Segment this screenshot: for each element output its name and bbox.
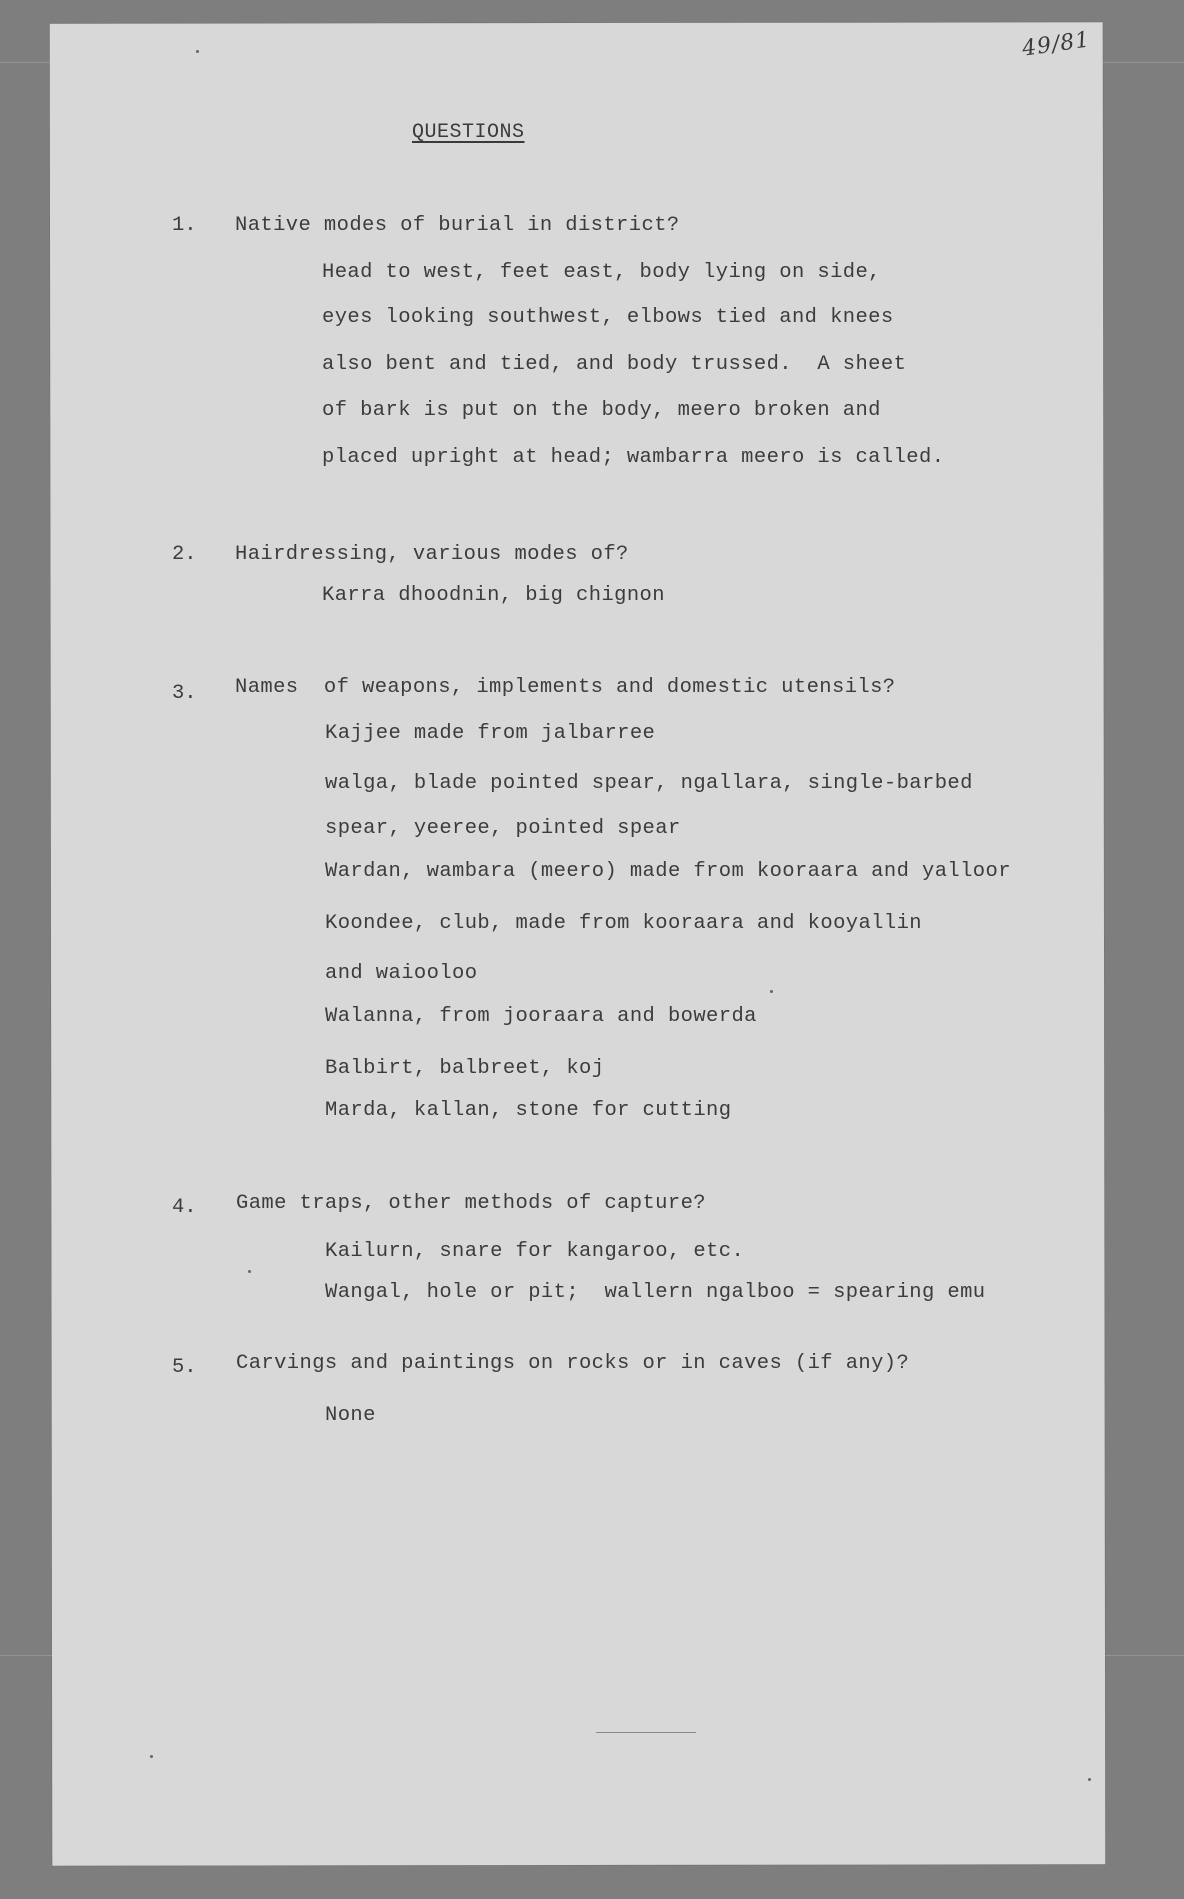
paper-speck [1088,1778,1091,1781]
question-text: Hairdressing, various modes of? [235,543,629,566]
question-number: 1. [172,214,197,237]
question-text: Names of weapons, implements and domesti… [235,676,896,699]
answer-line: Kajjee made from jalbarree [325,722,655,745]
document-page [50,22,1106,1865]
question-text: Native modes of burial in district? [235,214,680,237]
answer-line: placed upright at head; wambarra meero i… [322,446,944,469]
question-number: 5. [172,1356,197,1379]
answer-line: Walanna, from jooraara and bowerda [325,1005,757,1028]
question-number: 2. [172,543,197,566]
paper-speck [248,1270,251,1273]
answer-line: Koondee, club, made from kooraara and ko… [325,912,922,935]
question-text: Game traps, other methods of capture? [236,1192,706,1215]
answer-line: Kailurn, snare for kangaroo, etc. [325,1240,744,1263]
paper-speck [770,990,773,993]
pen-mark [596,1732,696,1733]
answer-line: None [325,1404,376,1427]
paper-speck [196,50,199,53]
answer-line: spear, yeeree, pointed spear [325,817,681,840]
answer-line: eyes looking southwest, elbows tied and … [322,306,894,329]
answer-line: Balbirt, balbreet, koj [325,1057,604,1080]
answer-line: and waiooloo [325,962,477,985]
question-number: 4. [172,1196,197,1219]
answer-line: Marda, kallan, stone for cutting [325,1099,731,1122]
answer-line: also bent and tied, and body trussed. A … [322,353,906,376]
answer-line: walga, blade pointed spear, ngallara, si… [325,772,973,795]
question-number: 3. [172,682,197,705]
answer-line: Karra dhoodnin, big chignon [322,584,665,607]
page-title: QUESTIONS [412,121,525,144]
question-text: Carvings and paintings on rocks or in ca… [236,1352,909,1375]
answer-line: Head to west, feet east, body lying on s… [322,261,881,284]
answer-line: of bark is put on the body, meero broken… [322,399,881,422]
paper-speck [150,1755,153,1758]
answer-line: Wangal, hole or pit; wallern ngalboo = s… [325,1281,986,1304]
answer-line: Wardan, wambara (meero) made from kooraa… [325,860,1011,883]
